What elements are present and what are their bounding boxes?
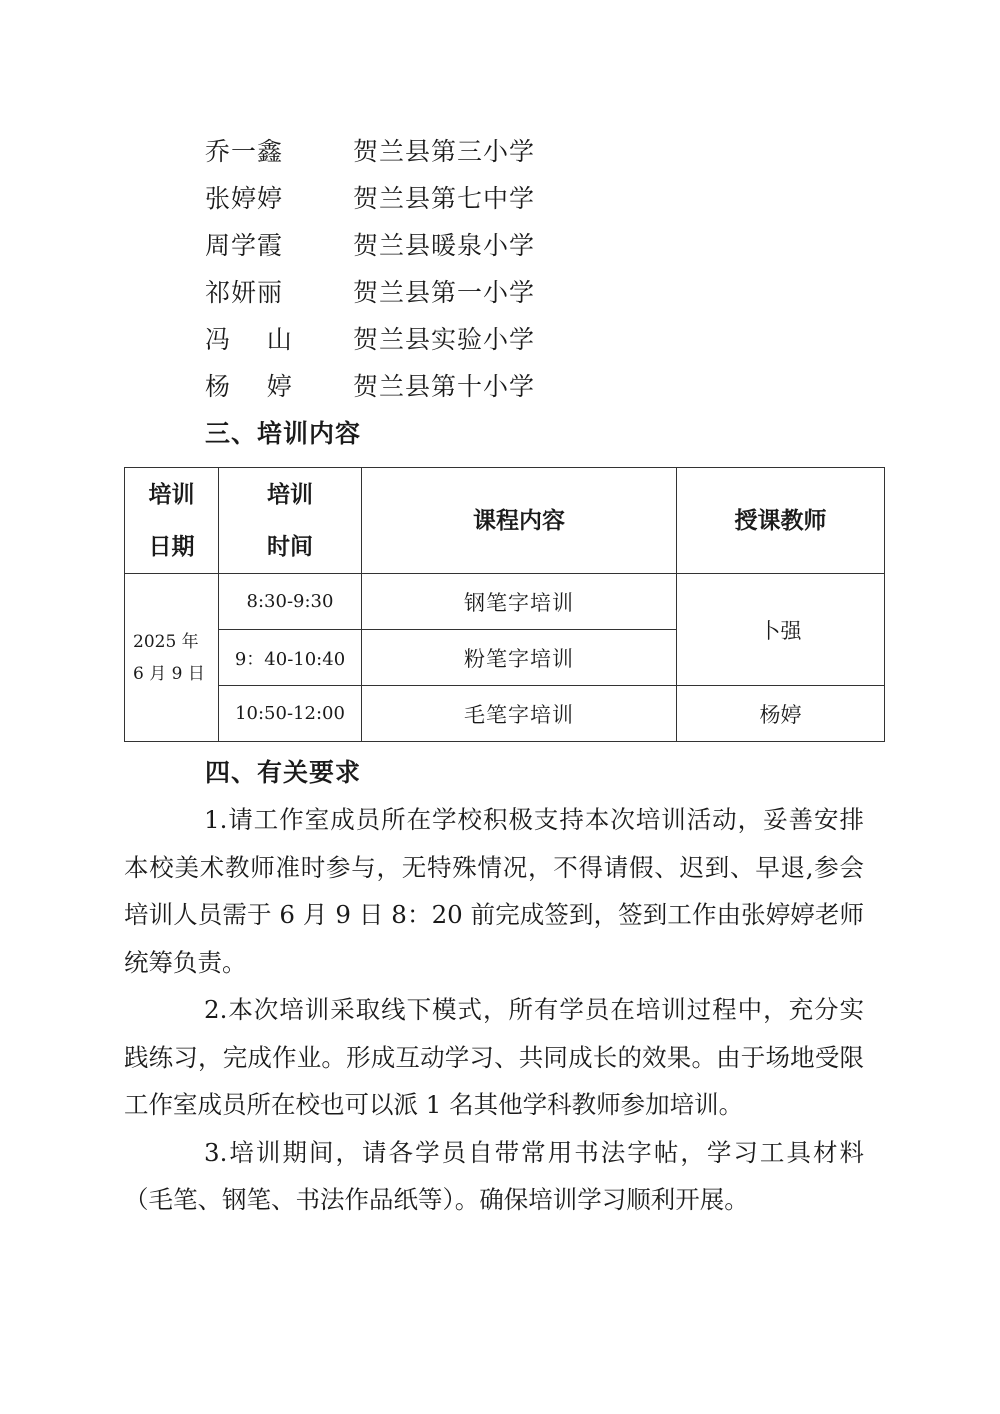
roster-row: 周学霞 贺兰县暖泉小学 [205,220,535,267]
time-cell: 9：40-10:40 [219,630,362,686]
member-school: 贺兰县实验小学 [353,320,535,356]
teacher-cell: 杨婷 [677,686,885,742]
roster-row: 祁妍丽 贺兰县第一小学 [205,267,535,314]
section-heading-training-content: 三、培训内容 [205,414,361,450]
member-school: 贺兰县第三小学 [353,132,535,168]
header-teacher: 授课教师 [677,468,885,574]
header-time-line1: 培训 [219,469,361,521]
header-course: 课程内容 [362,468,677,574]
roster-row: 乔一鑫 贺兰县第三小学 [205,126,535,173]
time-cell: 8:30-9:30 [219,574,362,630]
roster-row: 张婷婷 贺兰县第七中学 [205,173,535,220]
requirements-body: 1.请工作室成员所在学校积极支持本次培训活动，妥善安排本校美术教师准时参与，无特… [124,796,864,1224]
requirement-paragraph-3: 3.培训期间，请各学员自带常用书法字帖，学习工具材料（毛笔、钢笔、书法作品纸等）… [124,1129,864,1224]
date-line2: 6 月 9 日 [133,658,218,690]
roster-row: 杨 婷 贺兰县第十小学 [205,361,535,408]
member-school: 贺兰县暖泉小学 [353,226,535,262]
member-roster: 乔一鑫 贺兰县第三小学 张婷婷 贺兰县第七中学 周学霞 贺兰县暖泉小学 祁妍丽 … [205,126,535,408]
requirement-paragraph-2: 2.本次培训采取线下模式，所有学员在培训过程中，充分实践练习，完成作业。形成互动… [124,986,864,1129]
member-name: 祁妍丽 [205,273,353,309]
teacher-cell: 卜强 [677,574,885,686]
member-school: 贺兰县第十小学 [353,367,535,403]
header-date-line2: 日期 [125,521,218,573]
date-cell: 2025 年 6 月 9 日 [125,574,219,742]
requirement-paragraph-1: 1.请工作室成员所在学校积极支持本次培训活动，妥善安排本校美术教师准时参与，无特… [124,796,864,986]
header-date-line1: 培训 [125,469,218,521]
member-name: 杨 婷 [205,367,353,403]
member-school: 贺兰县第一小学 [353,273,535,309]
member-name: 张婷婷 [205,179,353,215]
member-name: 乔一鑫 [205,132,353,168]
header-date: 培训 日期 [125,468,219,574]
table-row: 2025 年 6 月 9 日 8:30-9:30 钢笔字培训 卜强 [125,574,885,630]
header-time: 培训 时间 [219,468,362,574]
course-cell: 毛笔字培训 [362,686,677,742]
training-schedule-table: 培训 日期 培训 时间 课程内容 授课教师 2025 年 6 月 9 日 8:3… [124,467,885,742]
time-cell: 10:50-12:00 [219,686,362,742]
member-name: 周学霞 [205,226,353,262]
member-name: 冯 山 [205,320,353,356]
roster-row: 冯 山 贺兰县实验小学 [205,314,535,361]
header-time-line2: 时间 [219,521,361,573]
section-heading-requirements: 四、有关要求 [205,753,361,789]
document-page: 乔一鑫 贺兰县第三小学 张婷婷 贺兰县第七中学 周学霞 贺兰县暖泉小学 祁妍丽 … [0,0,1000,1414]
course-cell: 钢笔字培训 [362,574,677,630]
date-line1: 2025 年 [133,626,218,658]
course-cell: 粉笔字培训 [362,630,677,686]
table-header-row: 培训 日期 培训 时间 课程内容 授课教师 [125,468,885,574]
table-row: 10:50-12:00 毛笔字培训 杨婷 [125,686,885,742]
member-school: 贺兰县第七中学 [353,179,535,215]
